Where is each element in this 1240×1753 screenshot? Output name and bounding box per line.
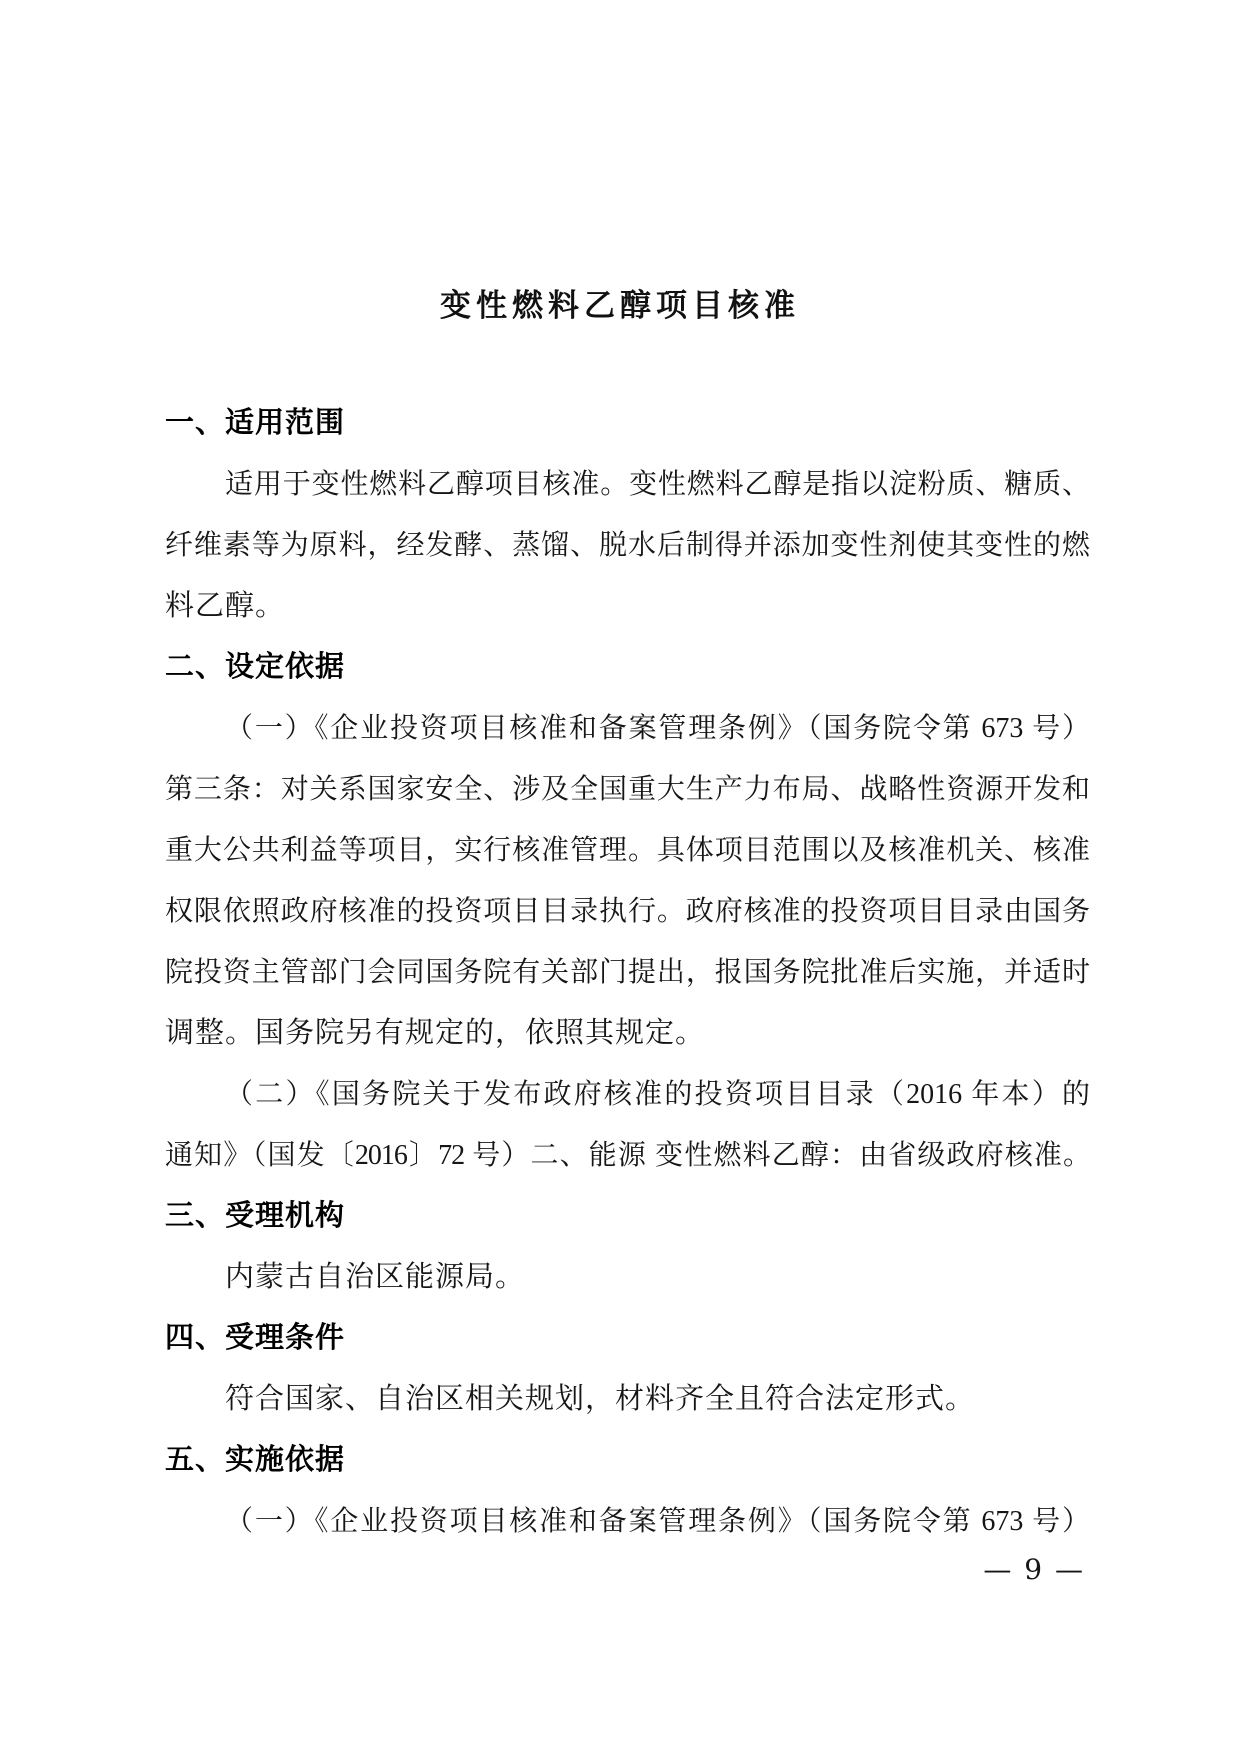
document-page: 变性燃料乙醇项目核准 一、适用范围 适用于变性燃料乙醇项目核准。变性燃料乙醇是指… — [0, 0, 1240, 1753]
paragraph-line: 适用于变性燃料乙醇项目核准。变性燃料乙醇是指以淀粉质、糖质、 — [165, 454, 1090, 515]
paragraph-line: 重大公共利益等项目，实行核准管理。具体项目范围以及核准机关、核准 — [165, 820, 1090, 881]
section-heading: 一、适用范围 — [165, 393, 1090, 454]
paragraph-line: 通知》（国发〔2016〕72 号）二、能源 变性燃料乙醇：由省级政府核准。 — [165, 1125, 1090, 1186]
section-heading: 五、实施依据 — [165, 1430, 1090, 1491]
section-applicable-scope: 一、适用范围 适用于变性燃料乙醇项目核准。变性燃料乙醇是指以淀粉质、糖质、 纤维… — [165, 393, 1090, 637]
paragraph-line: （一）《企业投资项目核准和备案管理条例》（国务院令第 673 号） — [165, 1491, 1090, 1552]
paragraph-line: 调整。国务院另有规定的，依照其规定。 — [165, 1003, 1090, 1064]
paragraph-line: 第三条：对关系国家安全、涉及全国重大生产力布局、战略性资源开发和 — [165, 759, 1090, 820]
section-setting-basis: 二、设定依据 （一）《企业投资项目核准和备案管理条例》（国务院令第 673 号）… — [165, 637, 1090, 1186]
section-acceptance-conditions: 四、受理条件 符合国家、自治区相关规划，材料齐全且符合法定形式。 — [165, 1308, 1090, 1430]
section-heading: 三、受理机构 — [165, 1186, 1090, 1247]
paragraph-line: 符合国家、自治区相关规划，材料齐全且符合法定形式。 — [165, 1369, 1090, 1430]
paragraph-line: 内蒙古自治区能源局。 — [165, 1247, 1090, 1308]
section-accepting-authority: 三、受理机构 内蒙古自治区能源局。 — [165, 1186, 1090, 1308]
paragraph-line: 权限依照政府核准的投资项目目录执行。政府核准的投资项目目录由国务 — [165, 881, 1090, 942]
paragraph-line: 纤维素等为原料，经发酵、蒸馏、脱水后制得并添加变性剂使其变性的燃 — [165, 515, 1090, 576]
section-heading: 四、受理条件 — [165, 1308, 1090, 1369]
document-title: 变性燃料乙醇项目核准 — [0, 286, 1240, 326]
paragraph-line: 料乙醇。 — [165, 576, 1090, 637]
paragraph-line: （一）《企业投资项目核准和备案管理条例》（国务院令第 673 号） — [165, 698, 1090, 759]
paragraph-line: （二）《国务院关于发布政府核准的投资项目目录（2016 年本）的 — [165, 1064, 1090, 1125]
paragraph-line: 院投资主管部门会同国务院有关部门提出，报国务院批准后实施，并适时 — [165, 942, 1090, 1003]
section-implementation-basis: 五、实施依据 （一）《企业投资项目核准和备案管理条例》（国务院令第 673 号） — [165, 1430, 1090, 1552]
document-body: 一、适用范围 适用于变性燃料乙醇项目核准。变性燃料乙醇是指以淀粉质、糖质、 纤维… — [165, 393, 1090, 1552]
section-heading: 二、设定依据 — [165, 637, 1090, 698]
page-number: — 9 — — [983, 1545, 1085, 1595]
